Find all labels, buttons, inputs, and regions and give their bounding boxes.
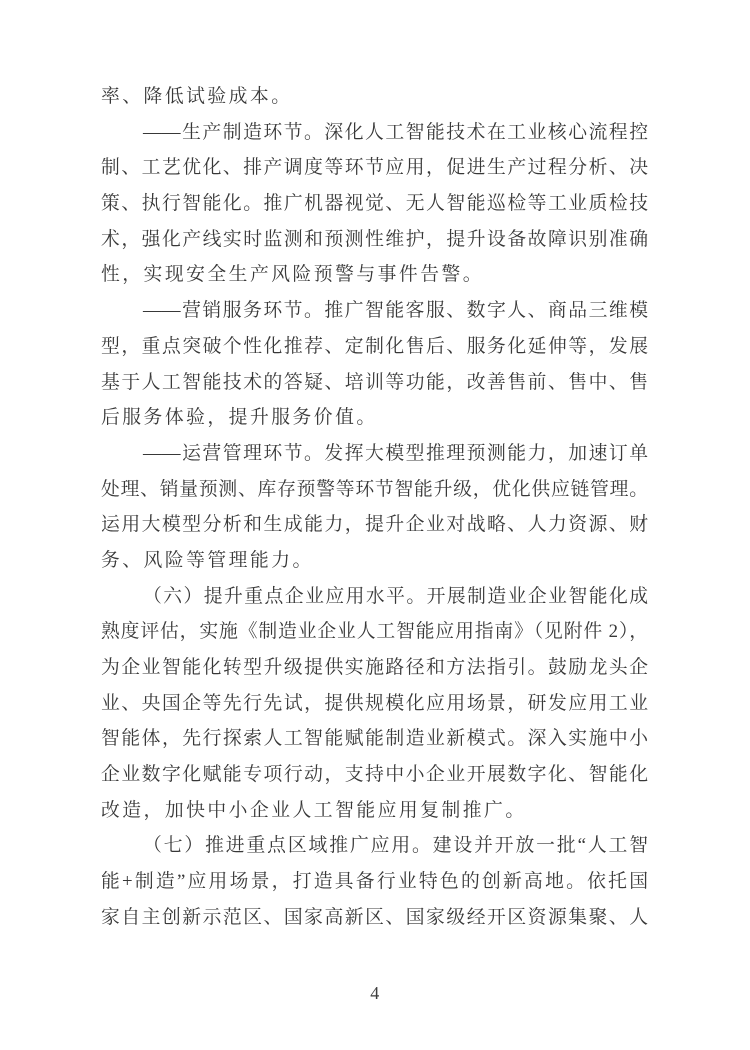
text-line: 基于人工智能技术的答疑、培训等功能，改善售前、售中、售 — [101, 365, 648, 401]
paragraph: ——营销服务环节。推广智能客服、数字人、商品三维模型，重点突破个性化推荐、定制化… — [101, 293, 648, 436]
text-line: ——运营管理环节。发挥大模型推理预测能力，加速订单 — [101, 436, 648, 472]
text-line: （六）提升重点企业应用水平。开展制造业企业智能化成 — [101, 579, 648, 615]
text-line: （七）推进重点区域推广应用。建设并开放一批“人工智 — [101, 828, 648, 864]
text-line: 性，实现安全生产风险预警与事件告警。 — [101, 257, 648, 293]
text-line: 业、央国企等先行先试，提供规模化应用场景，研发应用工业 — [101, 686, 648, 722]
document-body: 率、降低试验成本。——生产制造环节。深化人工智能技术在工业核心流程控制、工艺优化… — [101, 79, 648, 936]
text-line: 制、工艺优化、排产调度等环节应用，促进生产过程分析、决 — [101, 150, 648, 186]
text-line: 后服务体验，提升服务价值。 — [101, 400, 648, 436]
text-line: 能+制造”应用场景，打造具备行业特色的创新高地。依托国 — [101, 864, 648, 900]
document-page: 率、降低试验成本。——生产制造环节。深化人工智能技术在工业核心流程控制、工艺优化… — [0, 0, 750, 1050]
paragraph: （六）提升重点企业应用水平。开展制造业企业智能化成熟度评估，实施《制造业企业人工… — [101, 579, 648, 829]
text-line: 处理、销量预测、库存预警等环节智能升级，优化供应链管理。 — [101, 472, 648, 508]
text-line: 率、降低试验成本。 — [101, 79, 648, 115]
paragraph: ——运营管理环节。发挥大模型推理预测能力，加速订单处理、销量预测、库存预警等环节… — [101, 436, 648, 579]
text-line: 务、风险等管理能力。 — [101, 543, 648, 579]
text-line: 运用大模型分析和生成能力，提升企业对战略、人力资源、财 — [101, 507, 648, 543]
text-line: 家自主创新示范区、国家高新区、国家级经开区资源集聚、人 — [101, 900, 648, 936]
text-line: 熟度评估，实施《制造业企业人工智能应用指南》（见附件 2）， — [101, 614, 648, 650]
text-line: ——营销服务环节。推广智能客服、数字人、商品三维模 — [101, 293, 648, 329]
text-line: ——生产制造环节。深化人工智能技术在工业核心流程控 — [101, 115, 648, 151]
text-line: 改造，加快中小企业人工智能应用复制推广。 — [101, 793, 648, 829]
text-line: 术，强化产线实时监测和预测性维护，提升设备故障识别准确 — [101, 222, 648, 258]
paragraph: ——生产制造环节。深化人工智能技术在工业核心流程控制、工艺优化、排产调度等环节应… — [101, 115, 648, 293]
page-number: 4 — [0, 983, 750, 1004]
text-line: 策、执行智能化。推广机器视觉、无人智能巡检等工业质检技 — [101, 186, 648, 222]
text-line: 为企业智能化转型升级提供实施路径和方法指引。鼓励龙头企 — [101, 650, 648, 686]
text-line: 型，重点突破个性化推荐、定制化售后、服务化延伸等，发展 — [101, 329, 648, 365]
text-line: 智能体，先行探索人工智能赋能制造业新模式。深入实施中小 — [101, 721, 648, 757]
text-line: 企业数字化赋能专项行动，支持中小企业开展数字化、智能化 — [101, 757, 648, 793]
paragraph: 率、降低试验成本。 — [101, 79, 648, 115]
paragraph: （七）推进重点区域推广应用。建设并开放一批“人工智能+制造”应用场景，打造具备行… — [101, 828, 648, 935]
